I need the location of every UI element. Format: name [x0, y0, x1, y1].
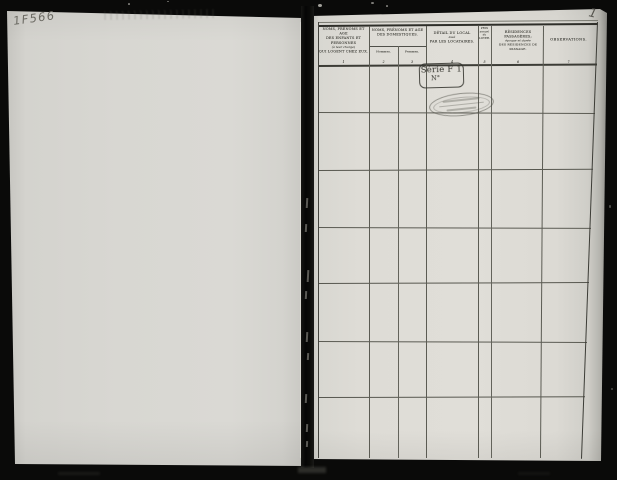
scan-speckle — [128, 3, 130, 5]
header-text: PAR LES LOCATAIRES. — [426, 40, 478, 45]
column-number: 6 — [517, 60, 519, 65]
header-subcol-femmes: Femmes. 3 — [398, 47, 426, 65]
header-text: Femmes. — [398, 50, 426, 54]
scanned-register-spread: 1F566 1 NOMS, PRÉNOMS ET AGE DES ENFANTS… — [0, 0, 617, 480]
scan-smudge — [58, 472, 100, 475]
scan-speckle — [609, 205, 611, 208]
stitch-thread — [306, 441, 308, 447]
header-col-residences: RÉSIDENCES PASSAGÈRES; époque et durée D… — [491, 28, 545, 65]
scan-speckle — [371, 2, 374, 4]
header-col-local: DÉTAIL DU LOCAL loué PAR LES LOCATAIRES.… — [426, 28, 478, 65]
column-rule — [478, 26, 479, 458]
series-stamp-text: Série F 1 — [420, 64, 463, 75]
header-col-enfants: NOMS, PRÉNOMS ET AGE DES ENFANTS ET PERS… — [318, 27, 369, 65]
header-text: LOYER. — [478, 37, 491, 40]
header-col-loyer: PRIX annuel du LOYER. 5 — [478, 27, 491, 65]
header-text: OBSERVATIONS. — [545, 37, 592, 42]
scan-speckle — [318, 4, 322, 7]
table-left-border — [318, 22, 319, 458]
header-text: NOMS, PRÉNOMS ET AGE — [318, 27, 369, 36]
book-binding — [301, 6, 314, 468]
header-col-domestiques-title: NOMS, PRÉNOMS ET AGE DES DOMESTIQUES. — [369, 28, 426, 45]
header-text: RÉSIDENCES PASSAGÈRES; — [491, 30, 545, 39]
header-text: DES ENFANTS ET PERSONNES — [318, 36, 369, 45]
scan-speckle — [611, 388, 613, 390]
column-rule — [369, 26, 370, 458]
column-number: 7 — [567, 60, 569, 65]
header-text: QUI LOGENT CHEZ EUX. — [318, 49, 369, 54]
column-rule — [491, 26, 492, 458]
header-subcol-hommes: Hommes. 2 — [369, 47, 398, 65]
header-text: DES RÉSIDENCES DE PASSAGE. — [491, 43, 545, 51]
column-number: 2 — [382, 60, 384, 65]
series-cartouche-stamp: Série F 1 N° — [419, 62, 465, 88]
scan-smudge — [298, 467, 326, 473]
column-rule — [398, 46, 399, 458]
scan-speckle — [386, 5, 388, 7]
scan-smudge — [518, 472, 550, 475]
header-col-observations: OBSERVATIONS. 7 — [545, 28, 592, 65]
scan-speckle — [167, 1, 169, 2]
header-text: Hommes. — [369, 50, 398, 54]
column-rule — [426, 26, 427, 458]
column-number: 5 — [483, 60, 485, 65]
header-text: DES DOMESTIQUES. — [369, 33, 426, 38]
column-number: 3 — [411, 60, 413, 65]
column-number: 1 — [342, 60, 344, 65]
